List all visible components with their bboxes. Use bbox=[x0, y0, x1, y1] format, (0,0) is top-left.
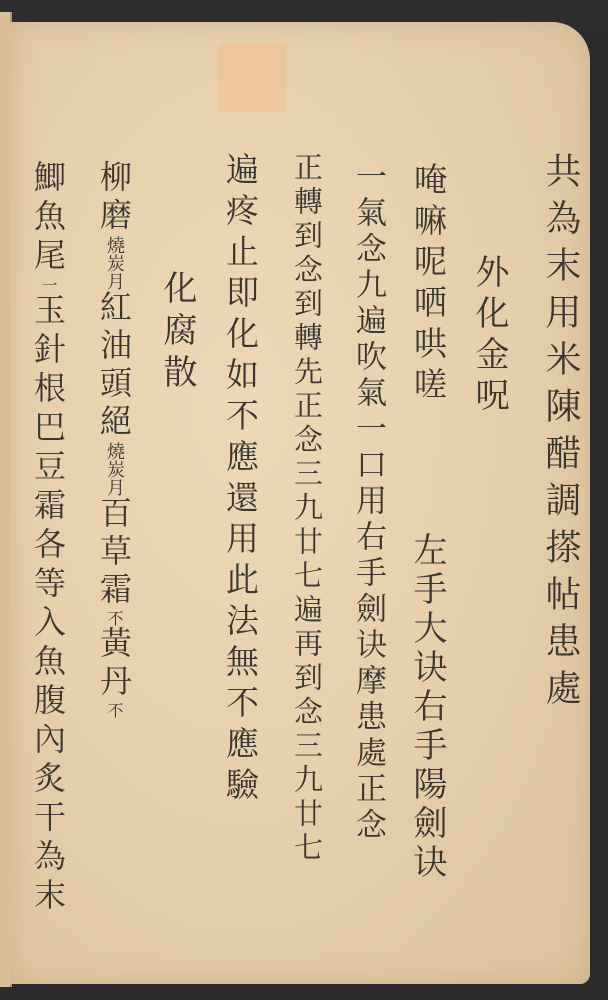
column-4: 一氣念九遍吹氣一口用右手劍诀摩患處正念 bbox=[352, 160, 383, 844]
column-2-note: 左手大诀右手陽劍诀 bbox=[410, 532, 444, 883]
column-5: 正轉到念到轉先正念三九廿七遍再到念三九廿七 bbox=[292, 152, 321, 866]
heading-huafu-san: 化腐散 bbox=[160, 270, 194, 396]
heading-waihua-jinzhou: 外化金呪 bbox=[472, 254, 506, 418]
ingredient-yuzhengen: 玉針根巴豆霜各等入魚腹內炙干為末 bbox=[29, 293, 67, 917]
ingredient-note: 不 bbox=[105, 610, 124, 626]
column-8: 柳磨燒炭月紅油頭絕燒炭月百草霜不黃丹不 bbox=[98, 160, 130, 718]
ingredient-note: 燒炭 bbox=[104, 442, 125, 478]
ingredient-suffix: 月 bbox=[104, 478, 125, 496]
ingredient-note: 燒炭 bbox=[104, 236, 125, 272]
column-6: 遍疼止即化如不應還用此法無不應驗 bbox=[224, 152, 257, 808]
manuscript-page: 共為末用米陳醋調搽帖患處 外化金呪 左手大诀右手陽劍诀 唵嘛呢哂哄嗟 一氣念九遍… bbox=[10, 22, 590, 984]
ingredient-jiyuwei: 鯽魚尾 bbox=[29, 160, 67, 277]
ingredient-note: 不 bbox=[105, 702, 124, 718]
ingredient-note: 一 bbox=[39, 277, 58, 293]
mantra-column: 唵嘛呢哂哄嗟 bbox=[412, 162, 445, 408]
ingredient-hongyoutou: 紅油頭絕 bbox=[95, 290, 133, 442]
column-1: 共為末用米陳醋調搽帖患處 bbox=[542, 152, 578, 716]
column-9: 鯽魚尾一玉針根巴豆霜各等入魚腹內炙干為末 bbox=[32, 160, 64, 917]
ingredient-huangdan: 黃丹 bbox=[95, 626, 133, 702]
seal-stamp-mark bbox=[218, 44, 286, 112]
ingredient-baicaoshuang: 百草霜 bbox=[95, 496, 133, 610]
ingredient-suffix: 月 bbox=[104, 272, 125, 290]
ingredient-liumo: 柳磨 bbox=[95, 160, 133, 236]
